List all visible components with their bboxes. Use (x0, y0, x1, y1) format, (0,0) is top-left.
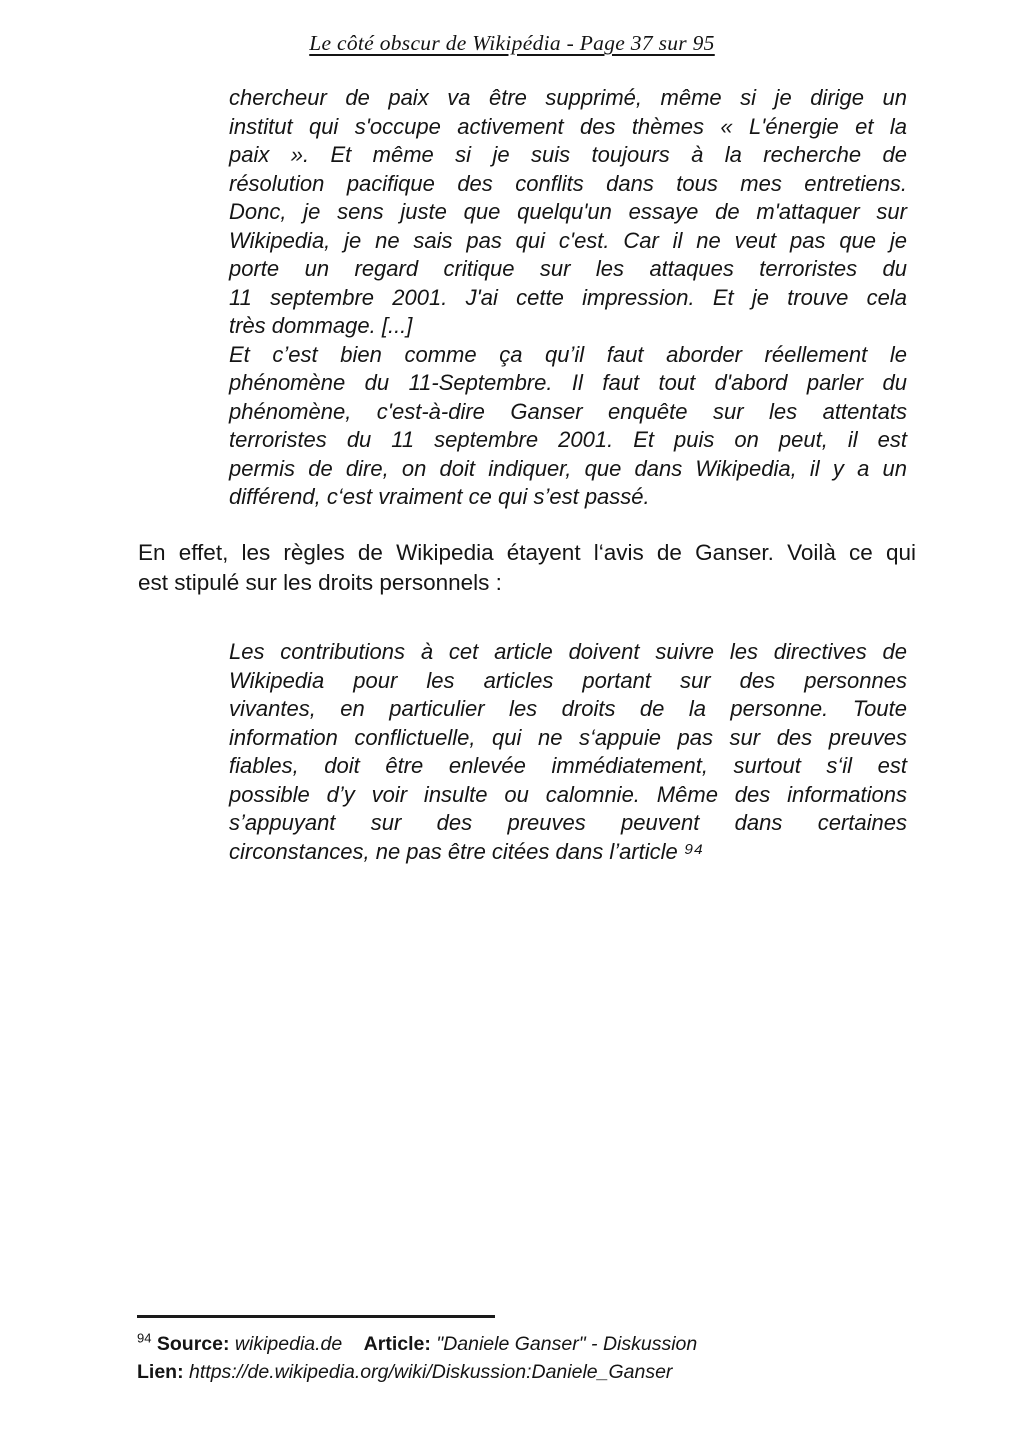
footnote: 94 Source: wikipedia.de Article: "Daniel… (137, 1315, 777, 1386)
footnote-article-value: "Daniele Ganser" - Diskussion (436, 1333, 697, 1355)
text-line: Wikipedia, je ne sais pas qui c'est. Car… (229, 227, 907, 256)
text-line: porte un regard critique sur les attaque… (229, 255, 907, 284)
text-line: information conflictuelle, qui ne s‘appu… (229, 724, 907, 753)
footnote-line-1: 94 Source: wikipedia.de Article: "Daniel… (137, 1330, 777, 1358)
text-line: En effet, les règles de Wikipedia étayen… (138, 538, 916, 568)
paragraph: En effet, les règles de Wikipedia étayen… (138, 538, 916, 597)
footnote-source-label: Source: (157, 1333, 230, 1355)
text-line: Et c’est bien comme ça qu’il faut aborde… (229, 341, 907, 370)
text-line: fiables, doit être enlevée immédiatement… (229, 752, 907, 781)
text-line: 11 septembre 2001. J'ai cette impression… (229, 284, 907, 313)
footnote-source-value: wikipedia.de (235, 1333, 342, 1355)
footnote-line-2: Lien: https://de.wikipedia.org/wiki/Disk… (137, 1358, 777, 1386)
text-line: institut qui s'occupe activement des thè… (229, 113, 907, 142)
paragraph: chercheur de paix va être supprimé, même… (229, 84, 907, 341)
paragraph: Et c’est bien comme ça qu’il faut aborde… (229, 341, 907, 512)
text-line: phénomène, c'est-à-dire Ganser enquête s… (229, 398, 907, 427)
text-line: circonstances, ne pas être citées dans l… (229, 838, 907, 867)
footnote-separator-rule (137, 1315, 495, 1318)
text-line: très dommage. [...] (229, 312, 907, 341)
text-line: phénomène du 11-Septembre. Il faut tout … (229, 369, 907, 398)
footnote-link-value: https://de.wikipedia.org/wiki/Diskussion… (189, 1361, 672, 1383)
footnote-marker: 94 (137, 1331, 151, 1346)
text-line: résolution pacifique des conflits dans t… (229, 170, 907, 199)
text-line: différend, c‘est vraiment ce qui s’est p… (229, 483, 907, 512)
document-page: Le côté obscur de Wikipédia - Page 37 su… (0, 0, 1024, 1453)
text-line: Les contributions à cet article doivent … (229, 638, 907, 667)
footnote-link-label: Lien: (137, 1361, 184, 1383)
body-paragraph: En effet, les règles de Wikipedia étayen… (138, 538, 916, 597)
text-line: Wikipedia pour les articles portant sur … (229, 667, 907, 696)
text-line: est stipulé sur les droits personnels : (138, 568, 916, 598)
text-line: paix ». Et même si je suis toujours à la… (229, 141, 907, 170)
text-line: s’appuyant sur des preuves peuvent dans … (229, 809, 907, 838)
text-line: possible d’y voir insulte ou calomnie. M… (229, 781, 907, 810)
paragraph: Les contributions à cet article doivent … (229, 638, 907, 866)
text-line: Donc, je sens juste que quelqu'un essaye… (229, 198, 907, 227)
text-line: permis de dire, on doit indiquer, que da… (229, 455, 907, 484)
block-quote-wikipedia-rules: Les contributions à cet article doivent … (229, 638, 907, 866)
block-quote-ganser-interview: chercheur de paix va être supprimé, même… (229, 84, 907, 512)
page-header: Le côté obscur de Wikipédia - Page 37 su… (0, 31, 1024, 56)
running-title: Le côté obscur de Wikipédia - Page 37 su… (309, 31, 715, 55)
text-line: vivantes, en particulier les droits de l… (229, 695, 907, 724)
footnote-article-label: Article: (364, 1333, 431, 1355)
text-line: terroristes du 11 septembre 2001. Et pui… (229, 426, 907, 455)
text-line: chercheur de paix va être supprimé, même… (229, 84, 907, 113)
